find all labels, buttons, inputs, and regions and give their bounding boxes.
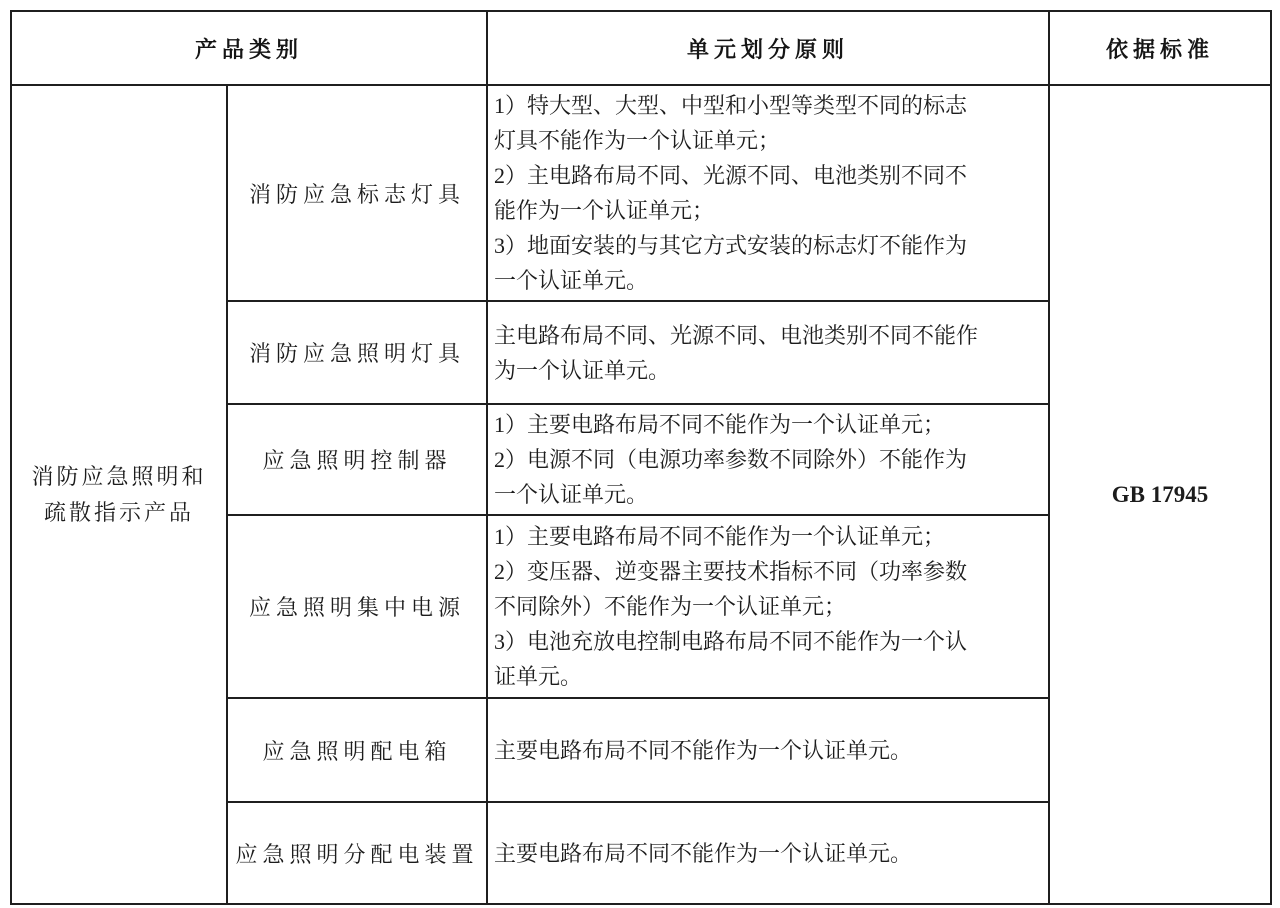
table-header-row: 产品类别 单元划分原则 依据标准 — [11, 11, 1271, 85]
principle-cell: 1）主要电路布局不同不能作为一个认证单元； 2）变压器、逆变器主要技术指标不同（… — [487, 515, 1049, 698]
principle-cell: 主要电路布局不同不能作为一个认证单元。 — [487, 698, 1049, 802]
principle-cell: 1）特大型、大型、中型和小型等类型不同的标志 灯具不能作为一个认证单元； 2）主… — [487, 85, 1049, 301]
category-cell: 应急照明分配电装置 — [227, 802, 487, 904]
principle-cell: 1）主要电路布局不同不能作为一个认证单元； 2）电源不同（电源功率参数不同除外）… — [487, 404, 1049, 515]
category-cell: 消防应急标志灯具 — [227, 85, 487, 301]
header-standard-basis: 依据标准 — [1049, 11, 1271, 85]
category-cell: 应急照明集中电源 — [227, 515, 487, 698]
table-row: 消防应急照明和 疏散指示产品 消防应急标志灯具 1）特大型、大型、中型和小型等类… — [11, 85, 1271, 301]
category-cell: 应急照明配电箱 — [227, 698, 487, 802]
certification-unit-table: 产品类别 单元划分原则 依据标准 消防应急照明和 疏散指示产品 消防应急标志灯具… — [10, 10, 1272, 905]
header-product-category: 产品类别 — [11, 11, 487, 85]
principle-cell: 主电路布局不同、光源不同、电池类别不同不能作 为一个认证单元。 — [487, 301, 1049, 404]
standard-cell: GB 17945 — [1049, 85, 1271, 904]
category-cell: 应急照明控制器 — [227, 404, 487, 515]
header-unit-division-principle: 单元划分原则 — [487, 11, 1049, 85]
product-group-cell: 消防应急照明和 疏散指示产品 — [11, 85, 227, 904]
category-cell: 消防应急照明灯具 — [227, 301, 487, 404]
principle-cell: 主要电路布局不同不能作为一个认证单元。 — [487, 802, 1049, 904]
